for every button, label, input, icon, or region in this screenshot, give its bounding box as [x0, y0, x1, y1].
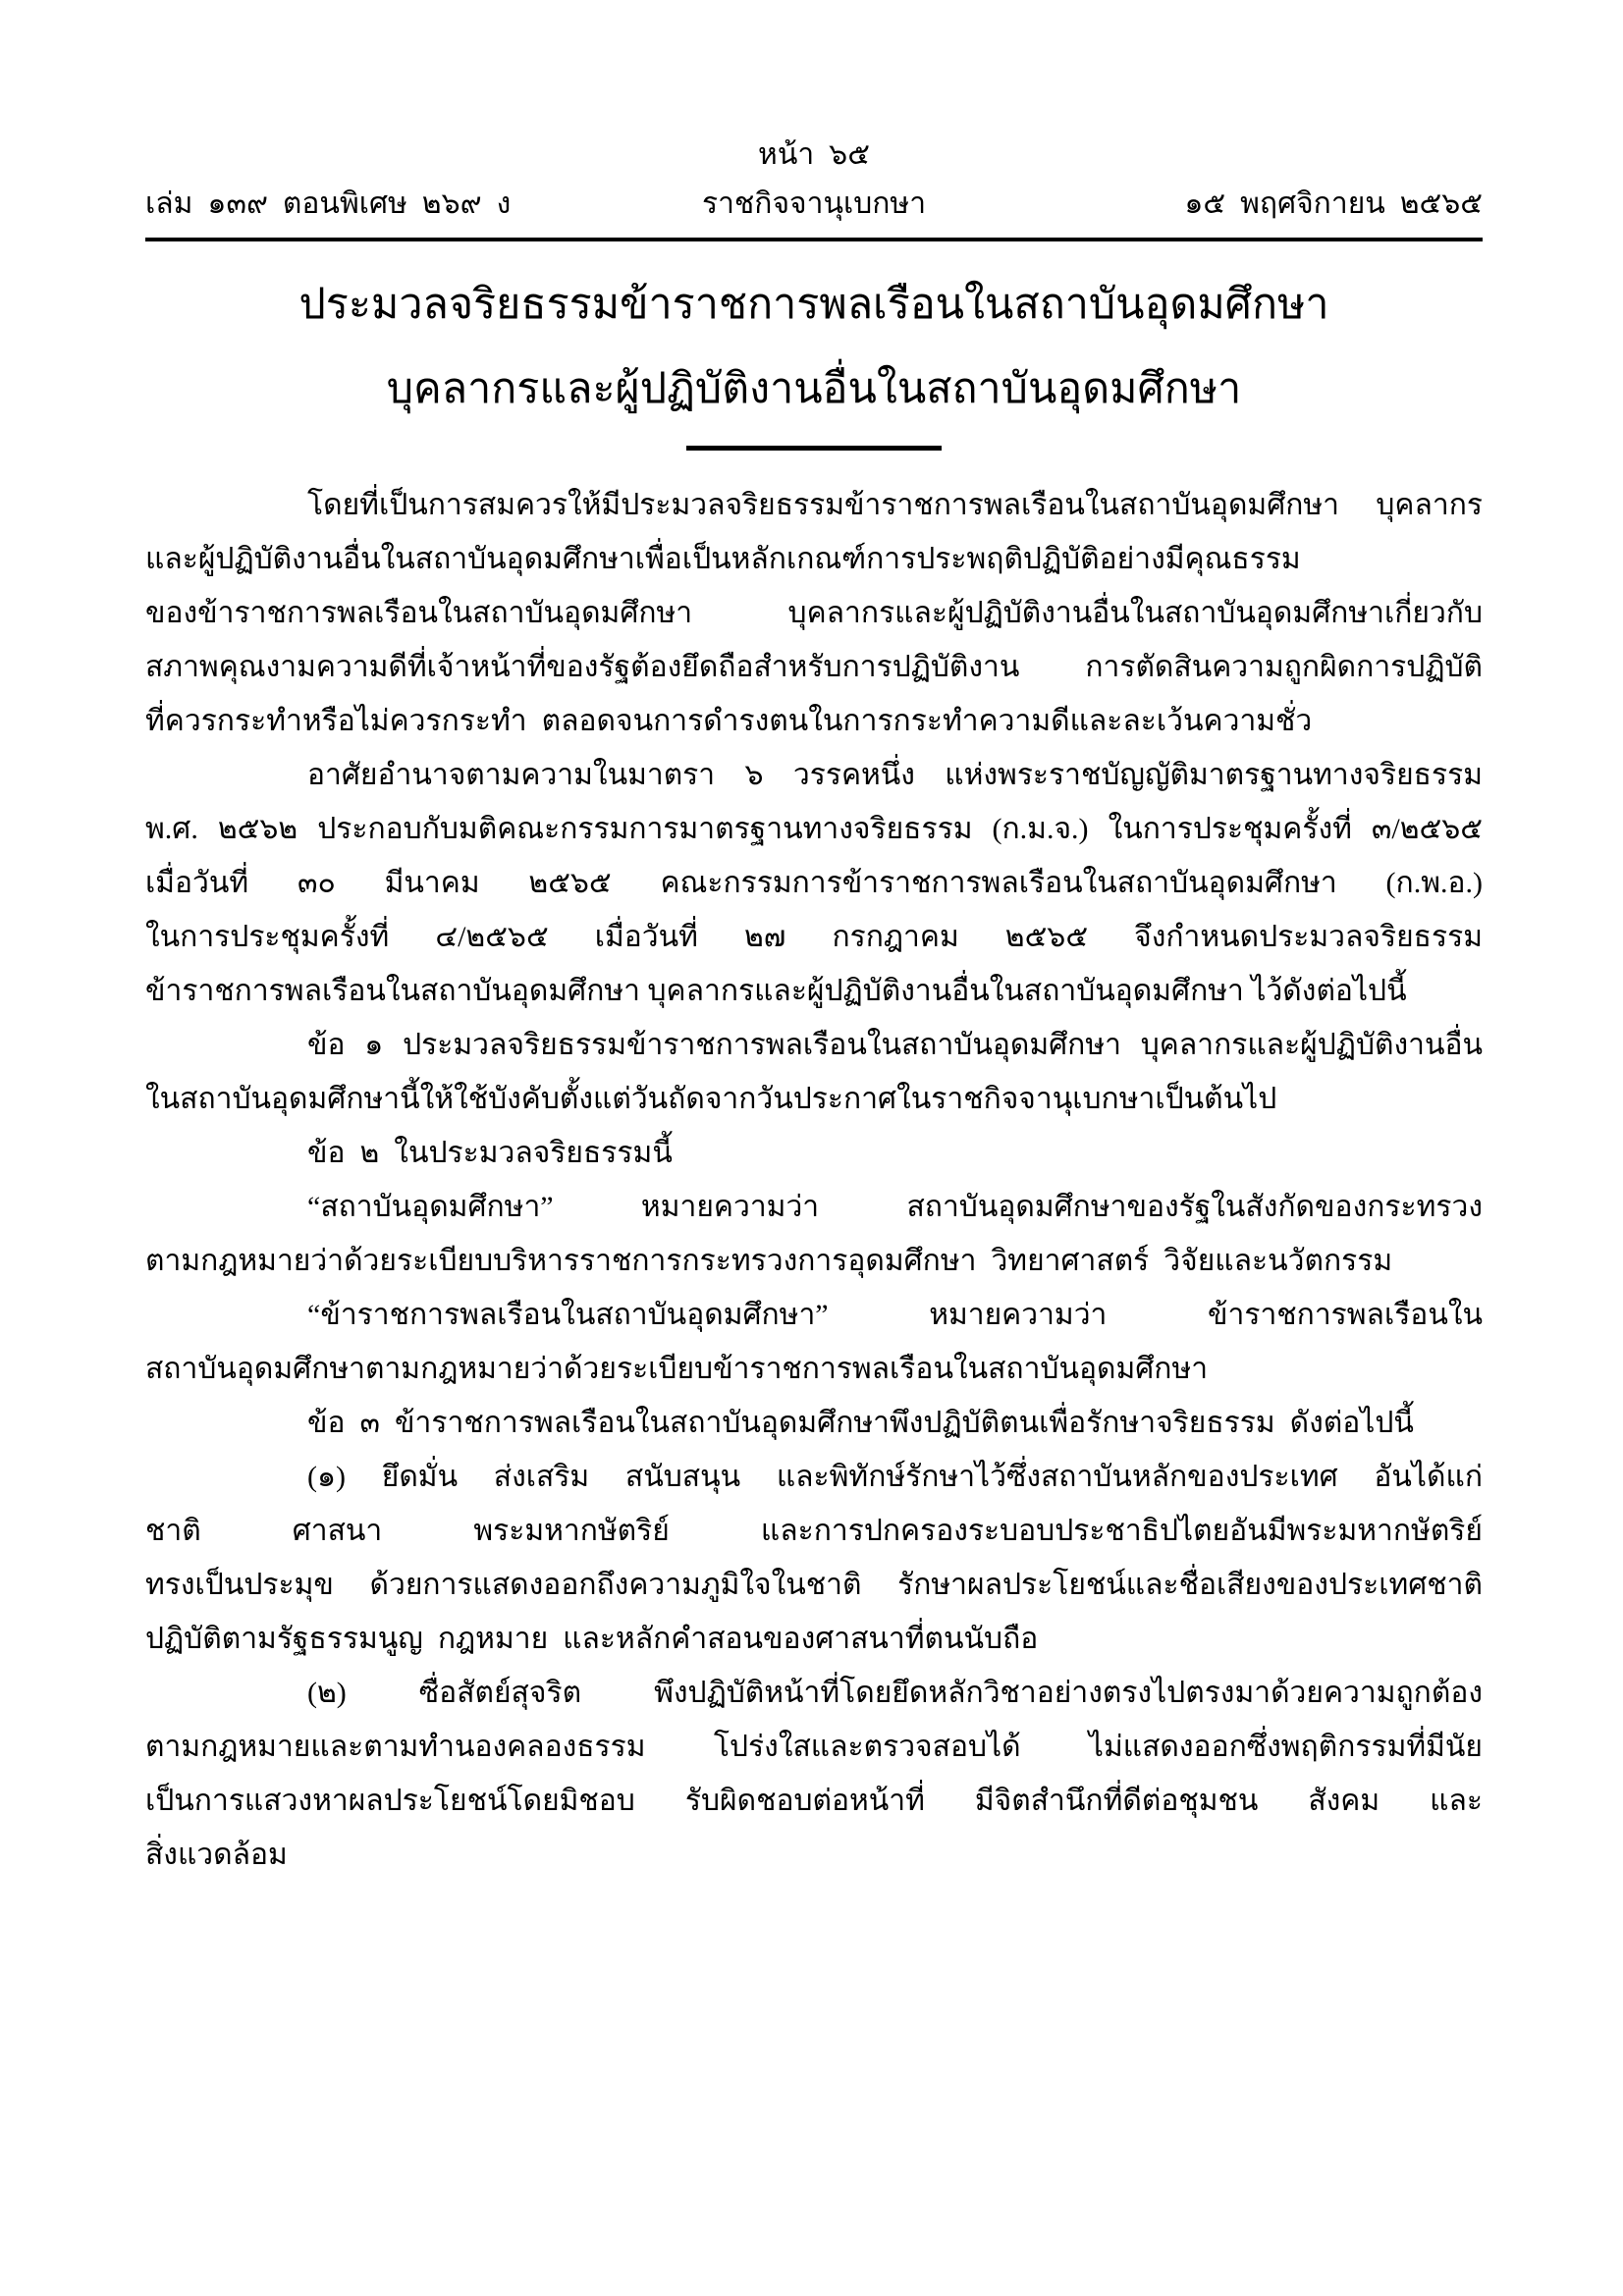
body-line: ชาติ ศาสนา พระมหากษัตริย์ และการปกครองระ…	[145, 1504, 1483, 1558]
volume-info: เล่ม ๑๓๙ ตอนพิเศษ ๒๖๙ ง	[145, 187, 702, 222]
document-body: โดยที่เป็นการสมควรให้มีประมวลจริยธรรมข้า…	[145, 478, 1483, 1882]
document-title: ประมวลจริยธรรมข้าราชการพลเรือนในสถาบันอุ…	[145, 263, 1483, 432]
document-title-line-2: บุคลากรและผู้ปฏิบัติงานอื่นในสถาบันอุดมศ…	[145, 347, 1483, 432]
body-line: “สถาบันอุดมศึกษา” หมายความว่า สถาบันอุดม…	[145, 1180, 1483, 1234]
gazette-name: ราชกิจจานุเบกษา	[702, 187, 926, 222]
publication-date: ๑๕ พฤศจิกายน ๒๕๖๕	[926, 187, 1483, 222]
body-line: ในสถาบันอุดมศึกษานี้ให้ใช้บังคับตั้งแต่ว…	[145, 1072, 1483, 1126]
body-line: ข้าราชการพลเรือนในสถาบันอุดมศึกษา บุคลาก…	[145, 964, 1483, 1018]
body-line: สถาบันอุดมศึกษาตามกฎหมายว่าด้วยระเบียบข้…	[145, 1342, 1483, 1396]
body-line: ปฏิบัติตามรัฐธรรมนูญ กฎหมาย และหลักคำสอน…	[145, 1612, 1483, 1666]
body-line: ทรงเป็นประมุข ด้วยการแสดงออกถึงความภูมิใ…	[145, 1558, 1483, 1612]
body-line: และผู้ปฏิบัติงานอื่นในสถาบันอุดมศึกษาเพื…	[145, 532, 1483, 586]
body-line: (๑) ยึดมั่น ส่งเสริม สนับสนุน และพิทักษ์…	[145, 1450, 1483, 1504]
header-rule	[145, 238, 1483, 241]
body-line: ตามกฎหมายและตามทำนองคลองธรรม โปร่งใสและต…	[145, 1720, 1483, 1774]
body-line: ที่ควรกระทำหรือไม่ควรกระทำ ตลอดจนการดำรง…	[145, 694, 1483, 748]
title-divider-rule	[686, 446, 942, 451]
body-line: “ข้าราชการพลเรือนในสถาบันอุดมศึกษา” หมาย…	[145, 1288, 1483, 1342]
body-line: อาศัยอำนาจตามความในมาตรา ๖ วรรคหนึ่ง แห่…	[145, 748, 1483, 802]
gazette-page: หน้า ๖๕ เล่ม ๑๓๙ ตอนพิเศษ ๒๖๙ ง ราชกิจจา…	[0, 0, 1623, 2296]
body-line: พ.ศ. ๒๕๖๒ ประกอบกับมติคณะกรรมการมาตรฐานท…	[145, 802, 1483, 856]
page-content: หน้า ๖๕ เล่ม ๑๓๙ ตอนพิเศษ ๒๖๙ ง ราชกิจจา…	[0, 0, 1623, 1882]
body-line: เป็นการแสวงหาผลประโยชน์โดยมิชอบ รับผิดชอ…	[145, 1774, 1483, 1828]
body-line: เมื่อวันที่ ๓๐ มีนาคม ๒๕๖๕ คณะกรรมการข้า…	[145, 856, 1483, 910]
body-line: สิ่งแวดล้อม	[145, 1828, 1483, 1882]
body-line: ข้อ ๒ ในประมวลจริยธรรมนี้	[145, 1126, 1483, 1180]
body-line: สภาพคุณงามความดีที่เจ้าหน้าที่ของรัฐต้อง…	[145, 640, 1483, 694]
body-line: (๒) ซื่อสัตย์สุจริต พึงปฏิบัติหน้าที่โดย…	[145, 1666, 1483, 1720]
document-title-line-1: ประมวลจริยธรรมข้าราชการพลเรือนในสถาบันอุ…	[145, 263, 1483, 347]
page-number-label: หน้า ๖๕	[145, 137, 1483, 173]
body-line: ข้อ ๓ ข้าราชการพลเรือนในสถาบันอุดมศึกษาพ…	[145, 1396, 1483, 1450]
body-line: ตามกฎหมายว่าด้วยระเบียบบริหารราชการกระทร…	[145, 1234, 1483, 1288]
body-line: ในการประชุมครั้งที่ ๔/๒๕๖๕ เมื่อวันที่ ๒…	[145, 910, 1483, 964]
body-line: ข้อ ๑ ประมวลจริยธรรมข้าราชการพลเรือนในสถ…	[145, 1018, 1483, 1072]
body-line: โดยที่เป็นการสมควรให้มีประมวลจริยธรรมข้า…	[145, 478, 1483, 532]
body-line: ของข้าราชการพลเรือนในสถาบันอุดมศึกษา บุค…	[145, 586, 1483, 640]
masthead: เล่ม ๑๓๙ ตอนพิเศษ ๒๖๙ ง ราชกิจจานุเบกษา …	[145, 187, 1483, 222]
